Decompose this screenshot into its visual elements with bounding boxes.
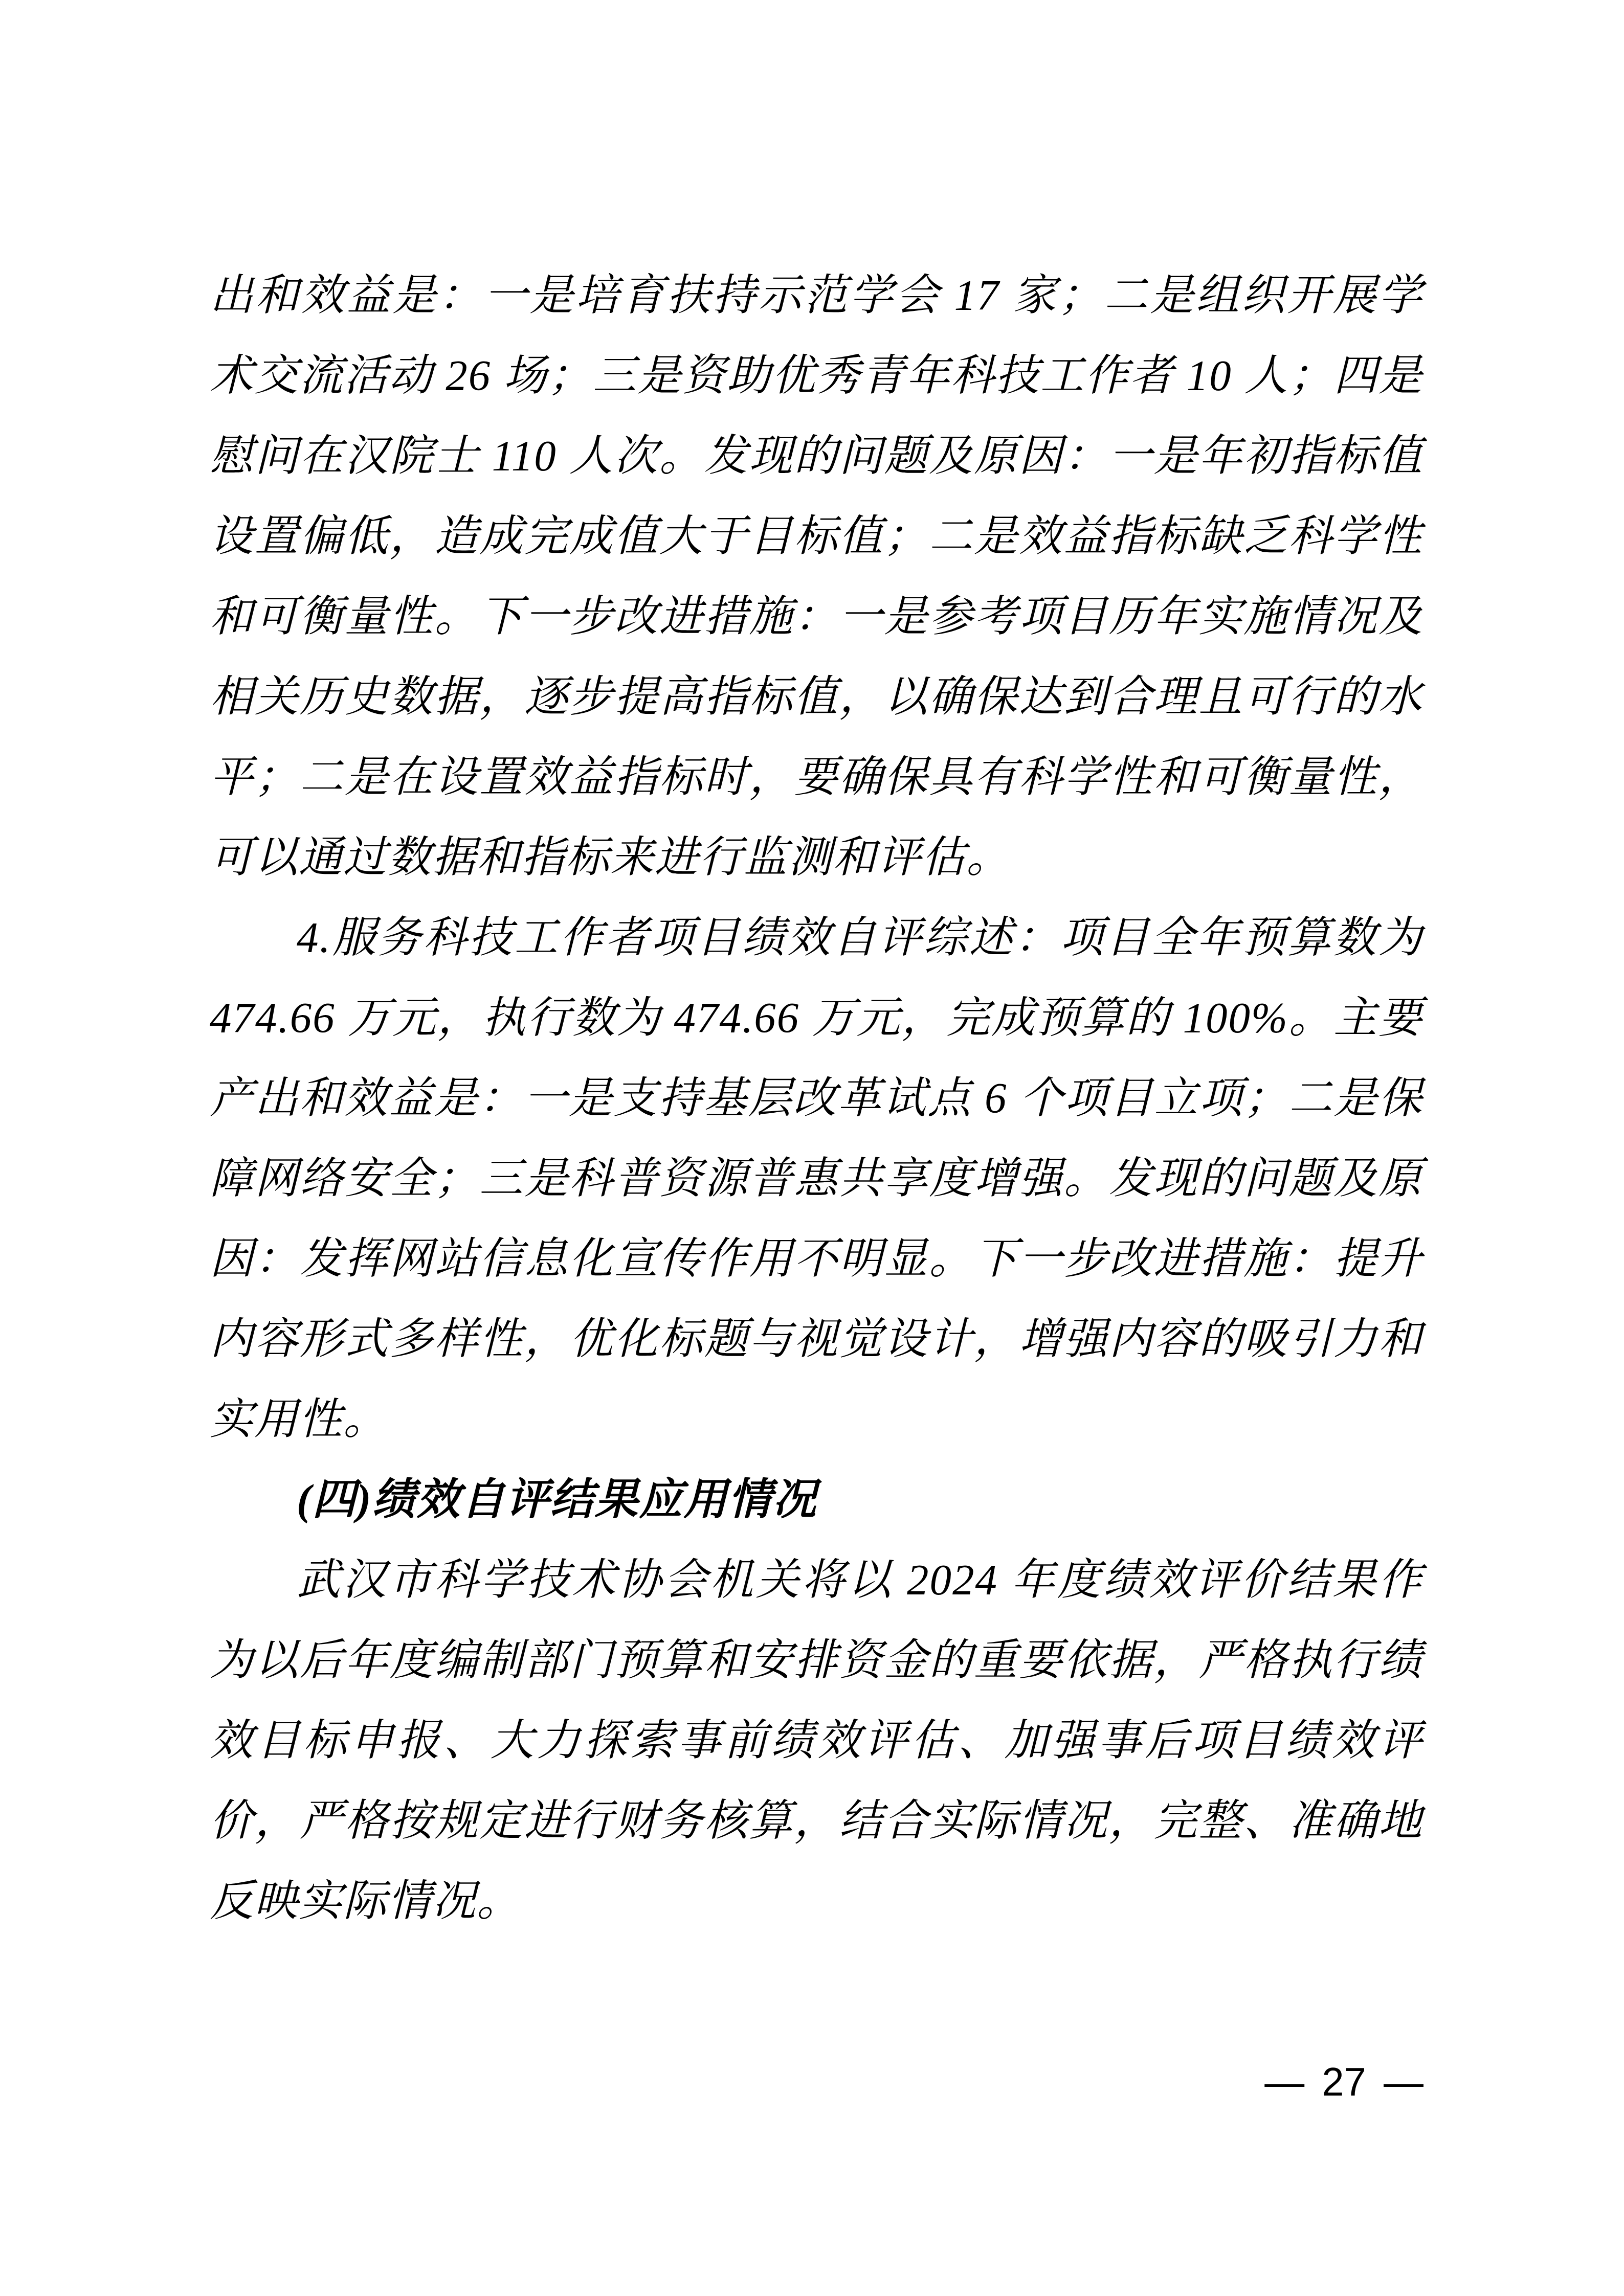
footer-left-dash: — [1264,2059,1304,2104]
page-footer: —27— [1264,2062,1423,2102]
footer-right-dash: — [1384,2059,1423,2104]
paragraph-benefit-continuation: 出和效益是：一是培育扶持示范学会 17 家；二是组织开展学术交流活动 26 场；… [210,256,1423,898]
page-body-text: 出和效益是：一是培育扶持示范学会 17 家；二是组织开展学术交流活动 26 场；… [210,256,1423,1942]
document-page: 出和效益是：一是培育扶持示范学会 17 家；二是组织开展学术交流活动 26 场；… [0,0,1624,2296]
section-heading-result-application: (四)绩效自评结果应用情况 [210,1460,1423,1540]
paragraph-project4-self-evaluation: 4.服务科技工作者项目绩效自评综述：项目全年预算数为 474.66 万元，执行数… [210,898,1423,1460]
paragraph-result-application-detail: 武汉市科学技术协会机关将以 2024 年度绩效评价结果作为以后年度编制部门预算和… [210,1540,1423,1942]
page-number: 27 [1322,2059,1366,2104]
